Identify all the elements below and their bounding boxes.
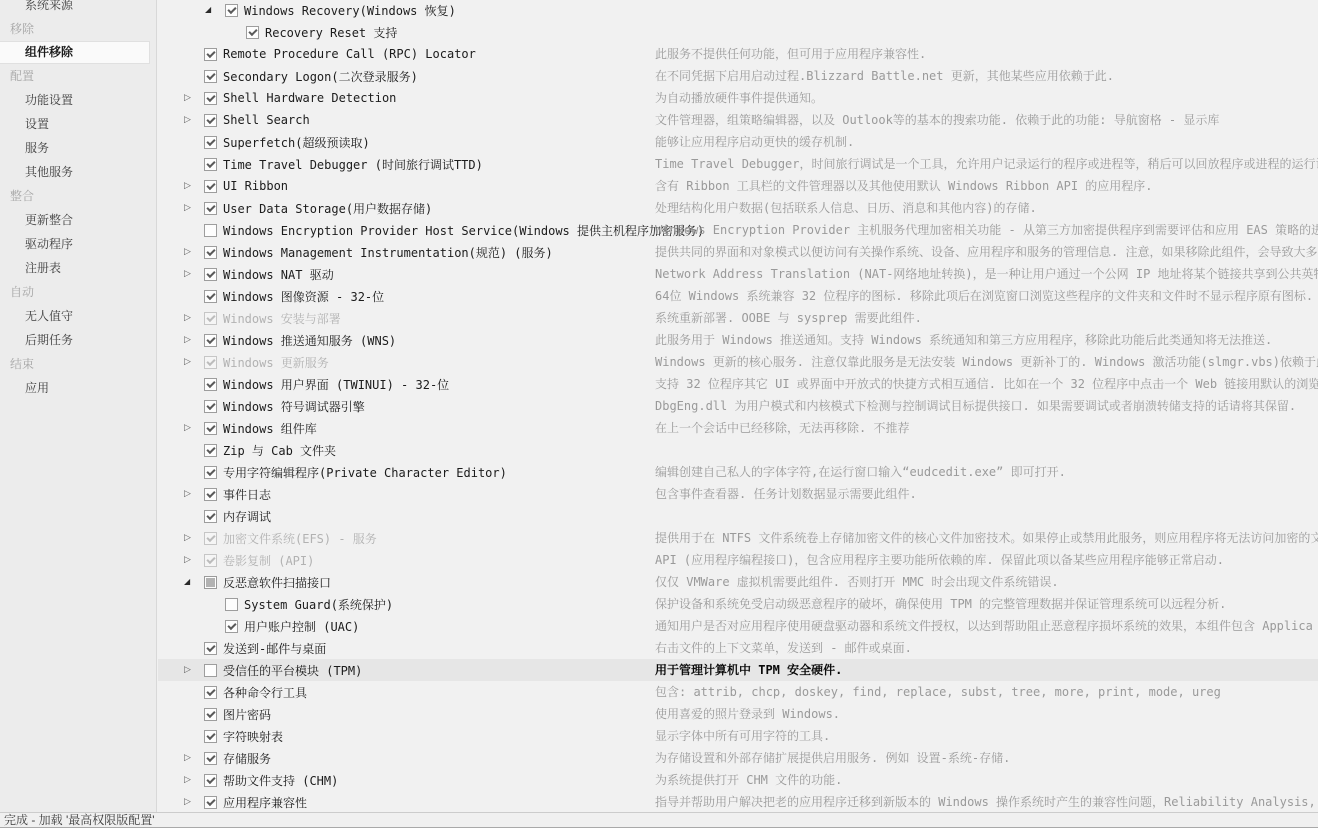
checkbox[interactable]	[225, 620, 238, 633]
component-description	[655, 439, 1318, 461]
tree-row[interactable]: UI Ribbon 含有 Ribbon 工具栏的文件管理器以及其他使用默认 Wi…	[158, 175, 1318, 197]
component-label: 应用程序兼容性	[223, 794, 307, 811]
expand-arrow-icon[interactable]	[184, 549, 204, 571]
component-label: 卷影复制 (API)	[223, 552, 314, 569]
component-description	[655, 505, 1318, 527]
expand-arrow-icon[interactable]	[184, 197, 204, 219]
component-label: Shell Hardware Detection	[223, 91, 396, 105]
sidebar-item-label: 设置	[25, 117, 49, 131]
checkbox[interactable]	[204, 796, 217, 809]
checkbox[interactable]	[204, 642, 217, 655]
component-label: 加密文件系统(EFS) - 服务	[223, 530, 377, 547]
sidebar-item-label: 注册表	[25, 261, 61, 275]
checkbox[interactable]	[204, 576, 217, 589]
tree-row[interactable]: Time Travel Debugger (时间旅行调试TTD) Time Tr…	[158, 153, 1318, 175]
component-label: Windows 符号调试器引擎	[223, 398, 365, 415]
tree-row[interactable]: Recovery Reset 支持	[158, 21, 1318, 43]
checkbox[interactable]	[204, 422, 217, 435]
component-label: System Guard(系统保护)	[244, 596, 393, 613]
tree-row[interactable]: Windows 用户界面 (TWINUI) - 32-位 支持 32 位程序其它…	[158, 373, 1318, 395]
sidebar-item: 结束	[0, 352, 156, 376]
component-description	[655, 0, 1318, 21]
component-description: 包含: attrib, chcp, doskey, find, replace,…	[655, 681, 1318, 703]
expand-arrow-icon[interactable]	[184, 175, 204, 197]
tree-row[interactable]: 事件日志 包含事件查看器. 任务计划数据显示需要此组件.	[158, 483, 1318, 505]
component-label: 帮助文件支持 (CHM)	[223, 772, 338, 789]
sidebar-item-label: 整合	[10, 189, 34, 203]
checkbox[interactable]	[204, 48, 217, 61]
component-description: 系统重新部署. OOBE 与 sysprep 需要此组件.	[655, 307, 1318, 329]
sidebar-item-label: 自动	[10, 285, 34, 299]
tree-row[interactable]: 图片密码 使用喜爱的照片登录到 Windows.	[158, 703, 1318, 725]
component-label: Secondary Logon(二次登录服务)	[223, 68, 418, 85]
sidebar-item[interactable]: 系统来源	[0, 0, 156, 17]
checkbox[interactable]	[204, 356, 217, 369]
checkbox[interactable]	[225, 4, 238, 17]
expand-arrow-icon[interactable]	[184, 571, 204, 593]
expand-arrow-icon[interactable]	[184, 417, 204, 439]
checkbox[interactable]	[204, 554, 217, 567]
sidebar-item-label: 服务	[25, 141, 49, 155]
checkbox[interactable]	[204, 466, 217, 479]
checkbox[interactable]	[204, 334, 217, 347]
checkbox[interactable]	[246, 26, 259, 39]
tree-row[interactable]: Windows Encryption Provider Host Service…	[158, 219, 1318, 241]
sidebar-item[interactable]: 设置	[0, 112, 156, 136]
tree-row[interactable]: 各种命令行工具 包含: attrib, chcp, doskey, find, …	[158, 681, 1318, 703]
component-label: 各种命令行工具	[223, 684, 307, 701]
sidebar-item[interactable]: 注册表	[0, 256, 156, 280]
component-description: 为系统提供打开 CHM 文件的功能.	[655, 769, 1318, 791]
sidebar-item[interactable]: 其他服务	[0, 160, 156, 184]
component-description: Network Address Translation (NAT-网络地址转换)…	[655, 263, 1318, 285]
status-text: 完成 - 加载 '最高权限版配置'	[4, 813, 155, 827]
sidebar-item-label: 驱动程序	[25, 237, 73, 251]
component-label: Windows Encryption Provider Host Service…	[223, 222, 704, 239]
component-description: 显示字体中所有可用字符的工具.	[655, 725, 1318, 747]
component-description: 此服务不提供任何功能，但可用于应用程序兼容性.	[655, 43, 1318, 65]
sidebar-item-label: 功能设置	[25, 93, 73, 107]
sidebar-item[interactable]: 功能设置	[0, 88, 156, 112]
component-description: 通知用户是否对应用程序使用硬盘驱动器和系统文件授权，以达到帮助阻止恶意程序损坏系…	[655, 615, 1318, 637]
component-tree: Windows Recovery(Windows 恢复) Recovery Re…	[158, 0, 1318, 812]
component-description: 编辑创建自己私人的字体字符,在运行窗口输入“eudcedit.exe” 即可打开…	[655, 461, 1318, 483]
component-label: Windows 更新服务	[223, 354, 329, 371]
tree-row[interactable]: Secondary Logon(二次登录服务) 在不同凭据下启用启动过程.Bli…	[158, 65, 1318, 87]
tree-row[interactable]: Windows 图像资源 - 32-位 64位 Windows 系统兼容 32 …	[158, 285, 1318, 307]
checkbox[interactable]	[204, 290, 217, 303]
sidebar-item-label: 其他服务	[25, 165, 73, 179]
checkbox[interactable]	[204, 774, 217, 787]
checkbox[interactable]	[204, 202, 217, 215]
tree-row[interactable]: 发送到-邮件与桌面 右击文件的上下文菜单，发送到 - 邮件或桌面.	[158, 637, 1318, 659]
sidebar-item[interactable]: 应用	[0, 376, 156, 400]
sidebar-item: 整合	[0, 184, 156, 208]
component-description: 在上一个会话中已经移除，无法再移除. 不推荐	[655, 417, 1318, 439]
tree-row[interactable]: Windows 更新服务 Windows 更新的核心服务. 注意仅靠此服务是无法…	[158, 351, 1318, 373]
tree-row[interactable]: 字符映射表 显示字体中所有可用字符的工具.	[158, 725, 1318, 747]
sidebar-item-label: 结束	[10, 357, 34, 371]
tree-row[interactable]: 受信任的平台模块 (TPM) 用于管理计算机中 TPM 安全硬件.	[158, 659, 1318, 681]
tree-row[interactable]: 卷影复制 (API) API (应用程序编程接口)，包含应用程序主要功能所依赖的…	[158, 549, 1318, 571]
sidebar-item-label: 移除	[10, 22, 34, 36]
checkbox[interactable]	[204, 400, 217, 413]
component-description: 指导并帮助用户解决把老的应用程序迁移到新版本的 Windows 操作系统时产生的…	[655, 791, 1318, 812]
sidebar: 系统来源 移除 组件移除 配置 功能设置 设置 服务 其他服务 整合 更新整合 …	[0, 0, 157, 812]
component-description: 为自动播放硬件事件提供通知。	[655, 87, 1318, 109]
component-label: 图片密码	[223, 706, 271, 723]
expand-arrow-icon[interactable]	[184, 109, 204, 131]
component-description: 为存储设置和外部存储扩展提供启用服务. 例如 设置-系统-存储.	[655, 747, 1318, 769]
component-description: 64位 Windows 系统兼容 32 位程序的图标. 移除此项后在浏览窗口浏览…	[655, 285, 1318, 307]
component-description: 使用喜爱的照片登录到 Windows.	[655, 703, 1318, 725]
sidebar-item[interactable]: 驱动程序	[0, 232, 156, 256]
component-description: 包含事件查看器. 任务计划数据显示需要此组件.	[655, 483, 1318, 505]
tree-row[interactable]: Windows 推送通知服务 (WNS) 此服务用于 Windows 推送通知。…	[158, 329, 1318, 351]
checkbox[interactable]	[204, 532, 217, 545]
expand-arrow-icon[interactable]	[184, 769, 204, 791]
component-label: Windows 组件库	[223, 420, 317, 437]
component-description: 用于管理计算机中 TPM 安全硬件.	[655, 659, 1318, 681]
sidebar-item-label: 无人值守	[25, 309, 73, 323]
tree-row[interactable]: 反恶意软件扫描接口 仅仅 VMWare 虚拟机需要此组件. 否则打开 MMC 时…	[158, 571, 1318, 593]
expand-arrow-icon[interactable]	[184, 747, 204, 769]
component-description: 在不同凭据下启用启动过程.Blizzard Battle.net 更新，其他某些…	[655, 65, 1318, 87]
component-label: 用户账户控制 (UAC)	[244, 618, 359, 635]
checkbox[interactable]	[204, 686, 217, 699]
tree-row[interactable]: Windows 符号调试器引擎 DbgEng.dll 为用户模式和内核模式下检测…	[158, 395, 1318, 417]
checkbox[interactable]	[204, 268, 217, 281]
component-description: Windows Encryption Provider 主机服务代理加密相关功能…	[655, 219, 1318, 241]
component-description: 支持 32 位程序其它 UI 或界面中开放式的快捷方式相互通信. 比如在一个 3…	[655, 373, 1318, 395]
tree-row[interactable]: Shell Search 文件管理器，组策略编辑器，以及 Outlook等的基本…	[158, 109, 1318, 131]
checkbox[interactable]	[225, 598, 238, 611]
expand-arrow-icon[interactable]	[184, 263, 204, 285]
component-label: Windows NAT 驱动	[223, 266, 334, 283]
component-label: 内存调试	[223, 508, 271, 525]
checkbox[interactable]	[204, 752, 217, 765]
sidebar-item: 配置	[0, 64, 156, 88]
component-description: DbgEng.dll 为用户模式和内核模式下检测与控制调试目标提供接口. 如果需…	[655, 395, 1318, 417]
component-label: Remote Procedure Call (RPC) Locator	[223, 47, 476, 61]
tree-row[interactable]: User Data Storage(用户数据存储) 处理结构化用户数据(包括联系…	[158, 197, 1318, 219]
tree-row[interactable]: Remote Procedure Call (RPC) Locator 此服务不…	[158, 43, 1318, 65]
component-label: 专用字符编辑程序(Private Character Editor)	[223, 464, 507, 481]
tree-row[interactable]: 用户账户控制 (UAC) 通知用户是否对应用程序使用硬盘驱动器和系统文件授权，以…	[158, 615, 1318, 637]
sidebar-item-label: 更新整合	[25, 213, 73, 227]
component-description: 文件管理器，组策略编辑器，以及 Outlook等的基本的搜索功能. 依赖于此的功…	[655, 109, 1318, 131]
component-label: Zip 与 Cab 文件夹	[223, 442, 336, 459]
component-label: Recovery Reset 支持	[265, 24, 397, 41]
component-label: User Data Storage(用户数据存储)	[223, 200, 432, 217]
expand-arrow-icon[interactable]	[184, 659, 204, 681]
sidebar-item[interactable]: 后期任务	[0, 328, 156, 352]
checkbox[interactable]	[204, 70, 217, 83]
checkbox[interactable]	[204, 488, 217, 501]
checkbox[interactable]	[204, 312, 217, 325]
tree-row[interactable]: Windows 组件库 在上一个会话中已经移除，无法再移除. 不推荐	[158, 417, 1318, 439]
component-label: Time Travel Debugger (时间旅行调试TTD)	[223, 156, 483, 173]
component-label: Windows 图像资源 - 32-位	[223, 288, 384, 305]
checkbox[interactable]	[204, 730, 217, 743]
expand-arrow-icon[interactable]	[184, 483, 204, 505]
component-description	[655, 21, 1318, 43]
checkbox[interactable]	[204, 444, 217, 457]
sidebar-item: 移除	[0, 17, 156, 41]
component-description: 右击文件的上下文菜单，发送到 - 邮件或桌面.	[655, 637, 1318, 659]
sidebar-item-label: 配置	[10, 69, 34, 83]
sidebar-item-label: 应用	[25, 381, 49, 395]
sidebar-item-label: 组件移除	[25, 45, 73, 59]
component-description: 保护设备和系统免受启动级恶意程序的破坏，确保使用 TPM 的完整管理数据并保证管…	[655, 593, 1318, 615]
tree-row[interactable]: 存储服务 为存储设置和外部存储扩展提供启用服务. 例如 设置-系统-存储.	[158, 747, 1318, 769]
component-label: Windows 用户界面 (TWINUI) - 32-位	[223, 376, 449, 393]
component-label: 存储服务	[223, 750, 271, 767]
expand-arrow-icon[interactable]	[184, 307, 204, 329]
status-bar: 完成 - 加载 '最高权限版配置'	[0, 812, 1318, 828]
checkbox[interactable]	[204, 224, 217, 237]
expand-arrow-icon[interactable]	[184, 87, 204, 109]
tree-row[interactable]: Windows 安装与部署 系统重新部署. OOBE 与 sysprep 需要此…	[158, 307, 1318, 329]
tree-row[interactable]: 内存调试	[158, 505, 1318, 527]
component-label: 受信任的平台模块 (TPM)	[223, 662, 362, 679]
tree-row[interactable]: Windows NAT 驱动 Network Address Translati…	[158, 263, 1318, 285]
expand-arrow-icon[interactable]	[205, 0, 225, 21]
component-label: 字符映射表	[223, 728, 283, 745]
component-description: API (应用程序编程接口)，包含应用程序主要功能所依赖的库. 保留此项以备某些…	[655, 549, 1318, 571]
tree-row[interactable]: Windows Recovery(Windows 恢复)	[158, 0, 1318, 21]
checkbox[interactable]	[204, 708, 217, 721]
component-description: Windows 更新的核心服务. 注意仅靠此服务是无法安装 Windows 更新…	[655, 351, 1318, 373]
component-label: Windows 安装与部署	[223, 310, 341, 327]
component-label: 反恶意软件扫描接口	[223, 574, 331, 591]
component-label: UI Ribbon	[223, 179, 288, 193]
component-label: 发送到-邮件与桌面	[223, 640, 326, 657]
sidebar-list: 系统来源 移除 组件移除 配置 功能设置 设置 服务 其他服务 整合 更新整合 …	[0, 0, 156, 400]
tree-row[interactable]: 专用字符编辑程序(Private Character Editor) 编辑创建自…	[158, 461, 1318, 483]
sidebar-item: 自动	[0, 280, 156, 304]
component-description: 仅仅 VMWare 虚拟机需要此组件. 否则打开 MMC 时会出现文件系统错误.	[655, 571, 1318, 593]
checkbox[interactable]	[204, 158, 217, 171]
sidebar-item[interactable]: 组件移除	[0, 41, 150, 64]
component-description: 提供用于在 NTFS 文件系统卷上存储加密文件的核心文件加密技术。如果停止或禁用…	[655, 527, 1318, 549]
sidebar-item[interactable]: 更新整合	[0, 208, 156, 232]
tree-row[interactable]: 帮助文件支持 (CHM) 为系统提供打开 CHM 文件的功能.	[158, 769, 1318, 791]
expand-arrow-icon[interactable]	[184, 241, 204, 263]
tree-row[interactable]: Windows Management Instrumentation(规范) (…	[158, 241, 1318, 263]
expand-arrow-icon[interactable]	[184, 527, 204, 549]
component-label: Superfetch(超级预读取)	[223, 134, 370, 151]
component-label: 事件日志	[223, 486, 271, 503]
component-description: 能够让应用程序启动更快的缓存机制.	[655, 131, 1318, 153]
tree-row[interactable]: System Guard(系统保护) 保护设备和系统免受启动级恶意程序的破坏，确…	[158, 593, 1318, 615]
checkbox[interactable]	[204, 664, 217, 677]
component-label: Shell Search	[223, 113, 310, 127]
component-description: 处理结构化用户数据(包括联系人信息、日历、消息和其他内容)的存储.	[655, 197, 1318, 219]
component-description: 提供共同的界面和对象模式以便访问有关操作系统、设备、应用程序和服务的管理信息. …	[655, 241, 1318, 263]
sidebar-item-label: 系统来源	[25, 0, 73, 12]
expand-arrow-icon[interactable]	[184, 791, 204, 812]
checkbox[interactable]	[204, 114, 217, 127]
checkbox[interactable]	[204, 378, 217, 391]
component-label: Windows Management Instrumentation(规范) (…	[223, 244, 553, 261]
component-description: Time Travel Debugger，时间旅行调试是一个工具，允许用户记录运…	[655, 153, 1318, 175]
tree-row[interactable]: Superfetch(超级预读取) 能够让应用程序启动更快的缓存机制.	[158, 131, 1318, 153]
tree-row[interactable]: Zip 与 Cab 文件夹	[158, 439, 1318, 461]
checkbox[interactable]	[204, 246, 217, 259]
sidebar-item[interactable]: 无人值守	[0, 304, 156, 328]
sidebar-item-label: 后期任务	[25, 333, 73, 347]
tree-row[interactable]: Shell Hardware Detection 为自动播放硬件事件提供通知。	[158, 87, 1318, 109]
component-description: 此服务用于 Windows 推送通知。支持 Windows 系统通知和第三方应用…	[655, 329, 1318, 351]
component-list-panel: Windows Recovery(Windows 恢复) Recovery Re…	[158, 0, 1318, 812]
checkbox[interactable]	[204, 136, 217, 149]
expand-arrow-icon[interactable]	[184, 351, 204, 373]
component-label: Windows 推送通知服务 (WNS)	[223, 332, 396, 349]
tree-row[interactable]: 应用程序兼容性 指导并帮助用户解决把老的应用程序迁移到新版本的 Windows …	[158, 791, 1318, 812]
checkbox[interactable]	[204, 510, 217, 523]
component-label: Windows Recovery(Windows 恢复)	[244, 2, 456, 19]
expand-arrow-icon[interactable]	[184, 329, 204, 351]
checkbox[interactable]	[204, 92, 217, 105]
checkbox[interactable]	[204, 180, 217, 193]
sidebar-item[interactable]: 服务	[0, 136, 156, 160]
tree-row[interactable]: 加密文件系统(EFS) - 服务 提供用于在 NTFS 文件系统卷上存储加密文件…	[158, 527, 1318, 549]
component-description: 含有 Ribbon 工具栏的文件管理器以及其他使用默认 Windows Ribb…	[655, 175, 1318, 197]
